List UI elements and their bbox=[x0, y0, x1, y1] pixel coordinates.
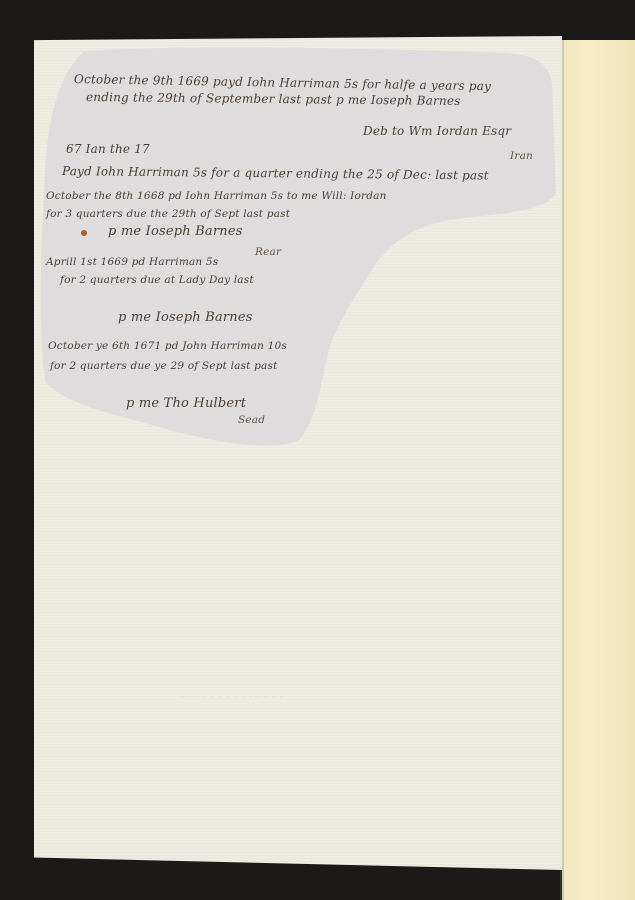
entry-1-mark: Iran bbox=[510, 150, 533, 162]
entry-3-line-1: October the 8th 1668 pd Iohn Harriman 5s… bbox=[46, 190, 387, 202]
entry-5-line-1: October ye 6th 1671 pd John Harriman 10s bbox=[48, 340, 287, 352]
ink-stain bbox=[81, 230, 87, 236]
entry-5-signature: p me Tho Hulbert bbox=[126, 396, 246, 411]
entry-5-mark: Sead bbox=[238, 414, 265, 426]
entry-5-line-2: for 2 quarters due ye 29 of Sept last pa… bbox=[50, 360, 278, 372]
entry-2-line-1: 67 Ian the 17 bbox=[66, 142, 150, 156]
entry-1-note: Deb to Wm Iordan Esqr bbox=[363, 124, 511, 138]
manuscript-page bbox=[34, 36, 562, 870]
entry-4-line-1: Aprill 1st 1669 pd Harriman 5s bbox=[46, 256, 218, 268]
entry-4-line-2: for 2 quarters due at Lady Day last bbox=[60, 274, 254, 286]
ink-showthrough: · · · · · · · · · · · · · · bbox=[180, 690, 283, 704]
entry-3-line-2: for 3 quarters due the 29th of Sept last… bbox=[46, 208, 290, 220]
entry-3-mark: Rear bbox=[255, 246, 281, 258]
entry-4-signature: p me Ioseph Barnes bbox=[118, 310, 253, 325]
cream-backing-sheet bbox=[562, 40, 635, 900]
entry-3-signature: p me Ioseph Barnes bbox=[108, 224, 243, 239]
